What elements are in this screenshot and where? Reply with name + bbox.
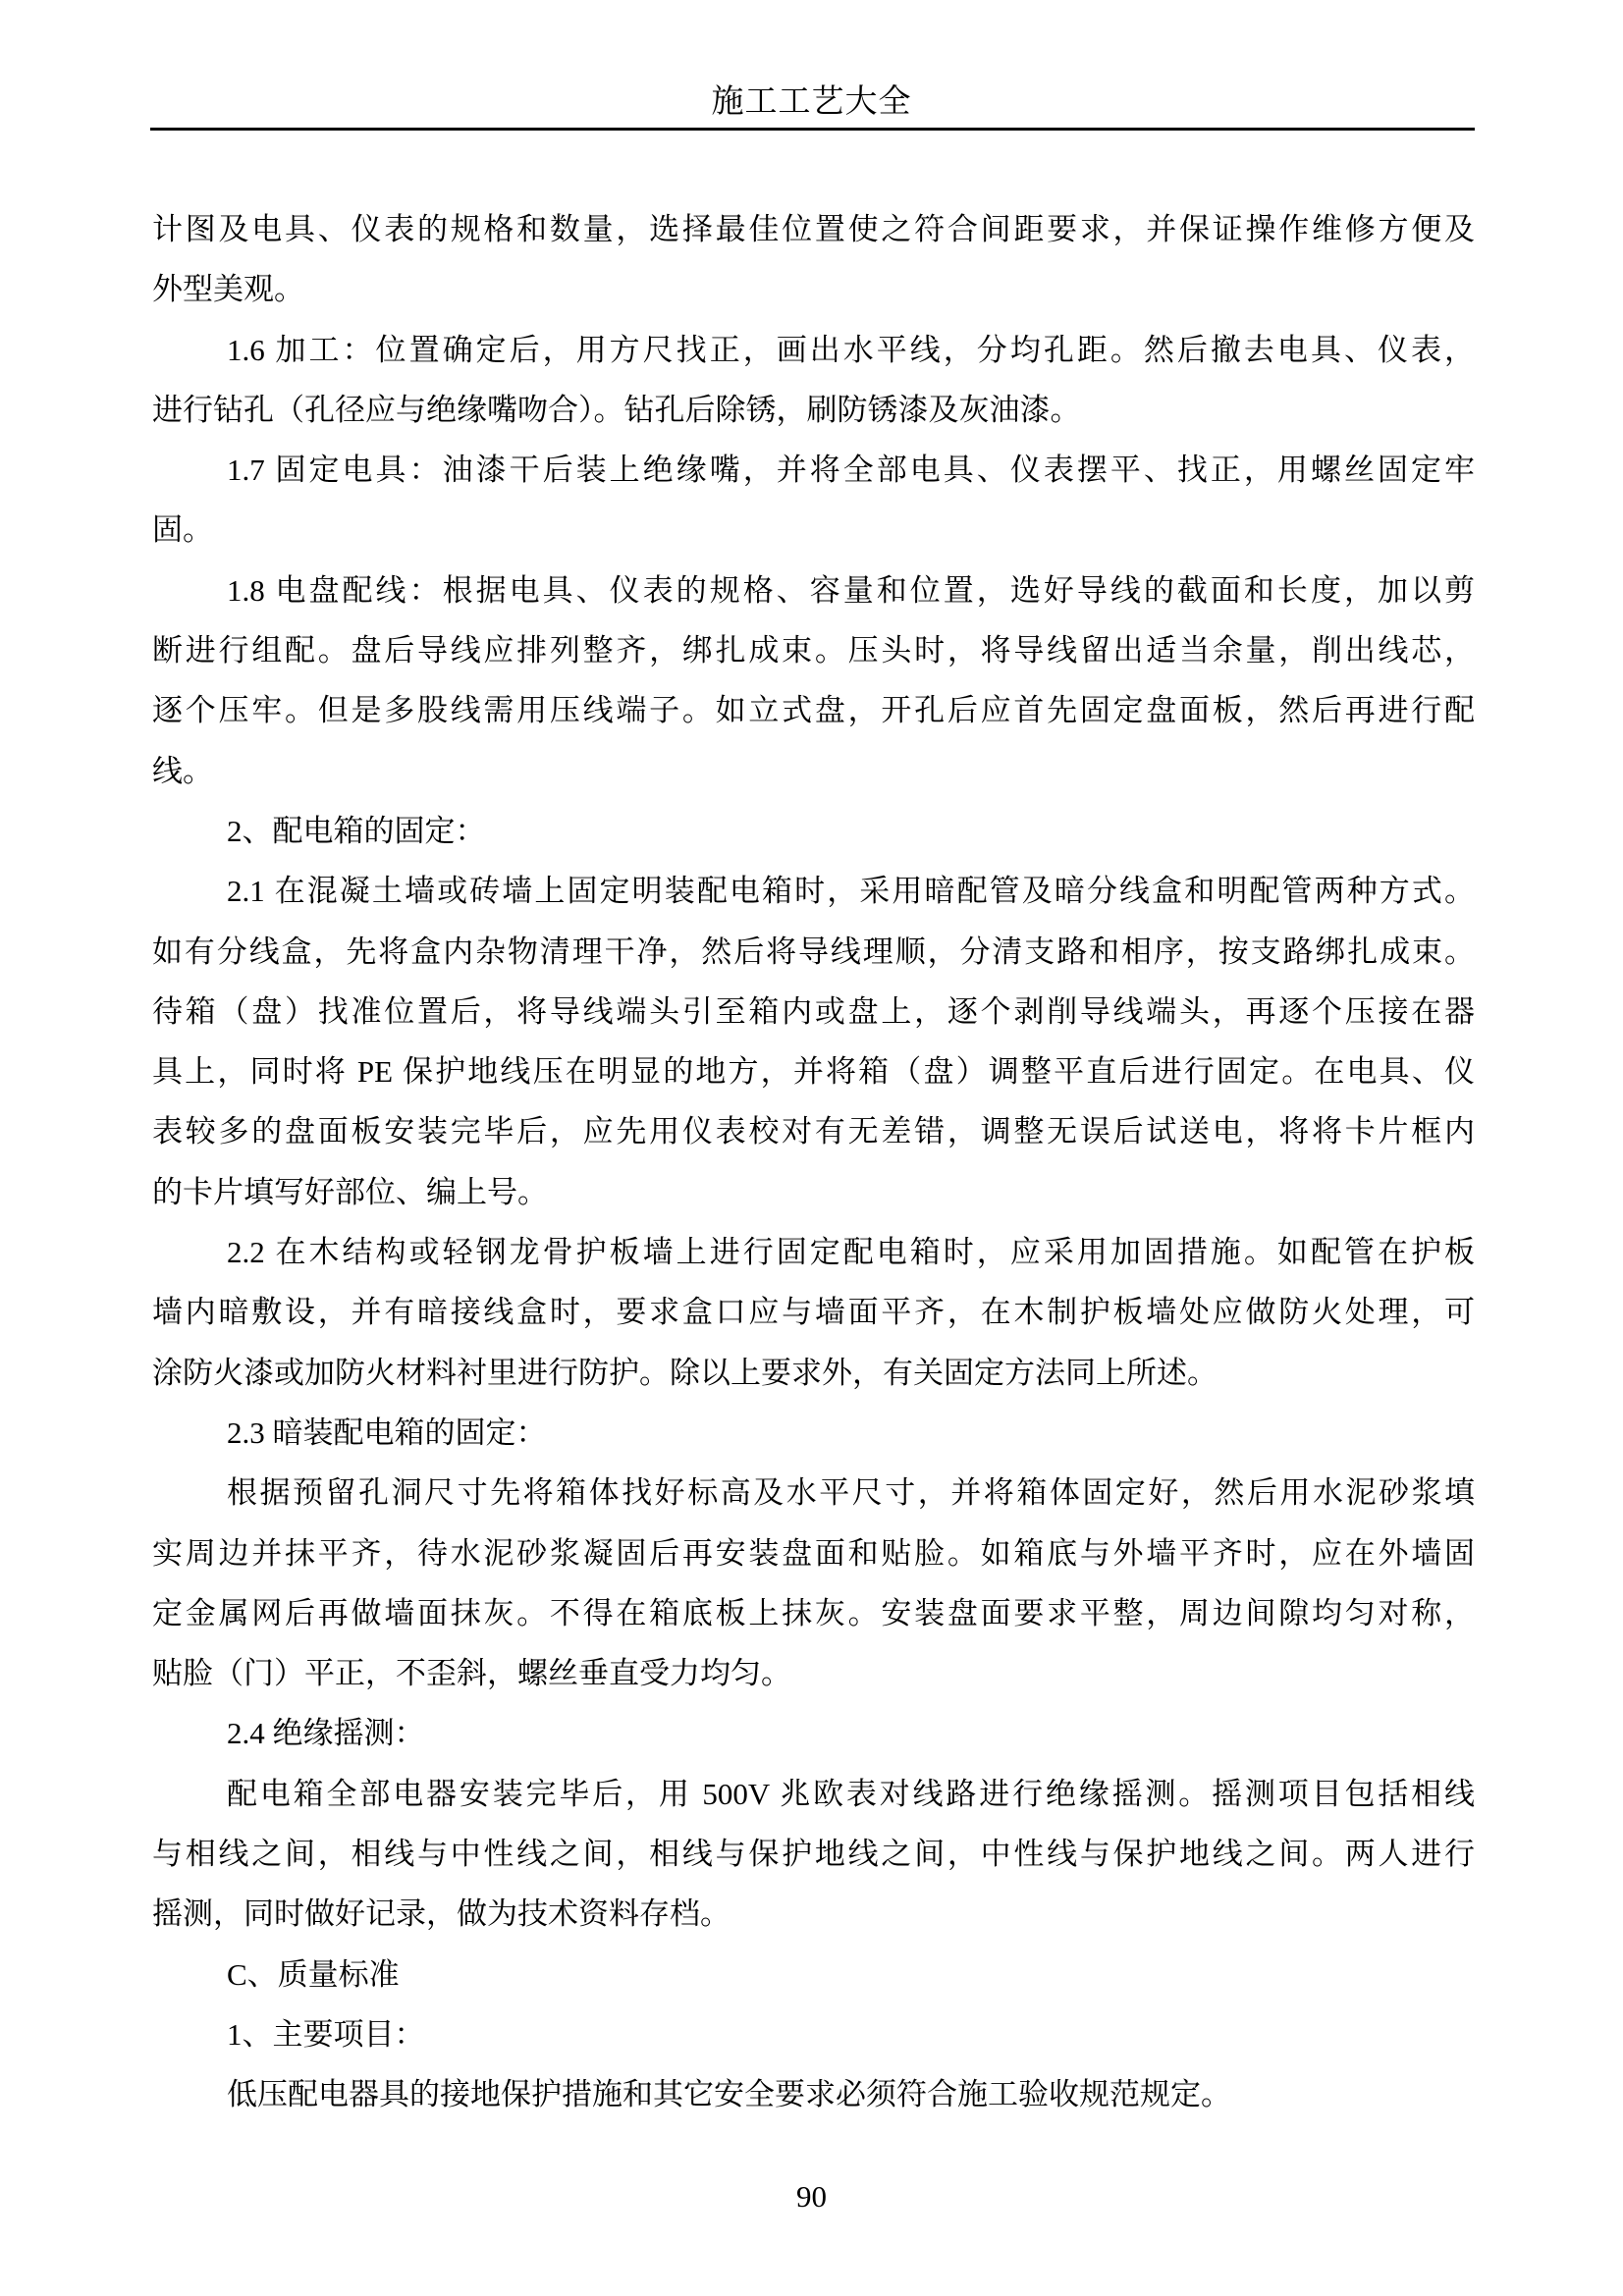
text-line: 固。 <box>152 500 1475 560</box>
text-line: 进行钻孔（孔径应与绝缘嘴吻合）。钻孔后除锈，刷防锈漆及灰油漆。 <box>152 380 1475 440</box>
text-line: 实周边并抹平齐，待水泥砂浆凝固后再安装盘面和贴脸。如箱底与外墙平齐时，应在外墙固 <box>152 1523 1475 1583</box>
text-line: 待箱（盘）找准位置后，将导线端头引至箱内或盘上，逐个剥削导线端头，再逐个压接在器 <box>152 982 1475 1041</box>
text-line: 贴脸（门）平正，不歪斜，螺丝垂直受力均匀。 <box>152 1643 1475 1703</box>
text-line: 线。 <box>152 741 1475 801</box>
text-line: 2.4 绝缘摇测： <box>152 1703 1475 1763</box>
text-line: 2、配电箱的固定： <box>152 801 1475 861</box>
text-line: 与相线之间，相线与中性线之间，相线与保护地线之间，中性线与保护地线之间。两人进行 <box>152 1824 1475 1884</box>
text-line: 如有分线盒，先将盒内杂物清理干净，然后将导线理顺，分清支路和相序，按支路绑扎成束… <box>152 922 1475 982</box>
text-line: 低压配电器具的接地保护措施和其它安全要求必须符合施工验收规范规定。 <box>152 2064 1475 2124</box>
text-line: 墙内暗敷设，并有暗接线盒时，要求盒口应与墙面平齐，在木制护板墙处应做防火处理，可 <box>152 1282 1475 1342</box>
text-line: 逐个压牢。但是多股线需用压线端子。如立式盘，开孔后应首先固定盘面板，然后再进行配 <box>152 680 1475 740</box>
text-line: 表较多的盘面板安装完毕后，应先用仪表校对有无差错，调整无误后试送电，将将卡片框内 <box>152 1101 1475 1161</box>
text-line: 摇测，同时做好记录，做为技术资料存档。 <box>152 1884 1475 1944</box>
text-line: 根据预留孔洞尺寸先将箱体找好标高及水平尺寸，并将箱体固定好，然后用水泥砂浆填 <box>152 1463 1475 1522</box>
text-line: 外型美观。 <box>152 259 1475 319</box>
text-line: 1.6 加工：位置确定后，用方尺找正，画出水平线，分均孔距。然后撤去电具、仪表， <box>152 320 1475 380</box>
document-page: 施工工艺大全 计图及电具、仪表的规格和数量，选择最佳位置使之符合间距要求，并保证… <box>0 0 1623 2296</box>
text-line: C、质量标准 <box>152 1945 1475 2004</box>
page-footer: 90 <box>0 2177 1623 2216</box>
text-line: 计图及电具、仪表的规格和数量，选择最佳位置使之符合间距要求，并保证操作维修方便及 <box>152 199 1475 259</box>
text-line: 2.1 在混凝土墙或砖墙上固定明装配电箱时，采用暗配管及暗分线盒和明配管两种方式… <box>152 861 1475 921</box>
text-line: 具上，同时将 PE 保护地线压在明显的地方，并将箱（盘）调整平直后进行固定。在电… <box>152 1041 1475 1101</box>
document-body: 计图及电具、仪表的规格和数量，选择最佳位置使之符合间距要求，并保证操作维修方便及… <box>152 199 1475 2125</box>
text-line: 1.7 固定电具：油漆干后装上绝缘嘴，并将全部电具、仪表摆平、找正，用螺丝固定牢 <box>152 440 1475 500</box>
text-line: 断进行组配。盘后导线应排列整齐，绑扎成束。压头时，将导线留出适当余量，削出线芯， <box>152 620 1475 680</box>
text-line: 的卡片填写好部位、编上号。 <box>152 1162 1475 1222</box>
text-line: 1.8 电盘配线：根据电具、仪表的规格、容量和位置，选好导线的截面和长度，加以剪 <box>152 561 1475 620</box>
header-divider <box>150 128 1475 131</box>
text-line: 2.3 暗装配电箱的固定： <box>152 1403 1475 1463</box>
text-line: 配电箱全部电器安装完毕后，用 500V 兆欧表对线路进行绝缘摇测。摇测项目包括相… <box>152 1764 1475 1824</box>
text-line: 涂防火漆或加防火材料衬里进行防护。除以上要求外，有关固定方法同上所述。 <box>152 1343 1475 1403</box>
text-line: 定金属网后再做墙面抹灰。不得在箱底板上抹灰。安装盘面要求平整，周边间隙均匀对称， <box>152 1583 1475 1643</box>
page-number: 90 <box>796 2179 827 2214</box>
text-line: 2.2 在木结构或轻钢龙骨护板墙上进行固定配电箱时，应采用加固措施。如配管在护板 <box>152 1222 1475 1282</box>
page-header-title: 施工工艺大全 <box>0 82 1623 122</box>
text-line: 1、主要项目： <box>152 2004 1475 2064</box>
